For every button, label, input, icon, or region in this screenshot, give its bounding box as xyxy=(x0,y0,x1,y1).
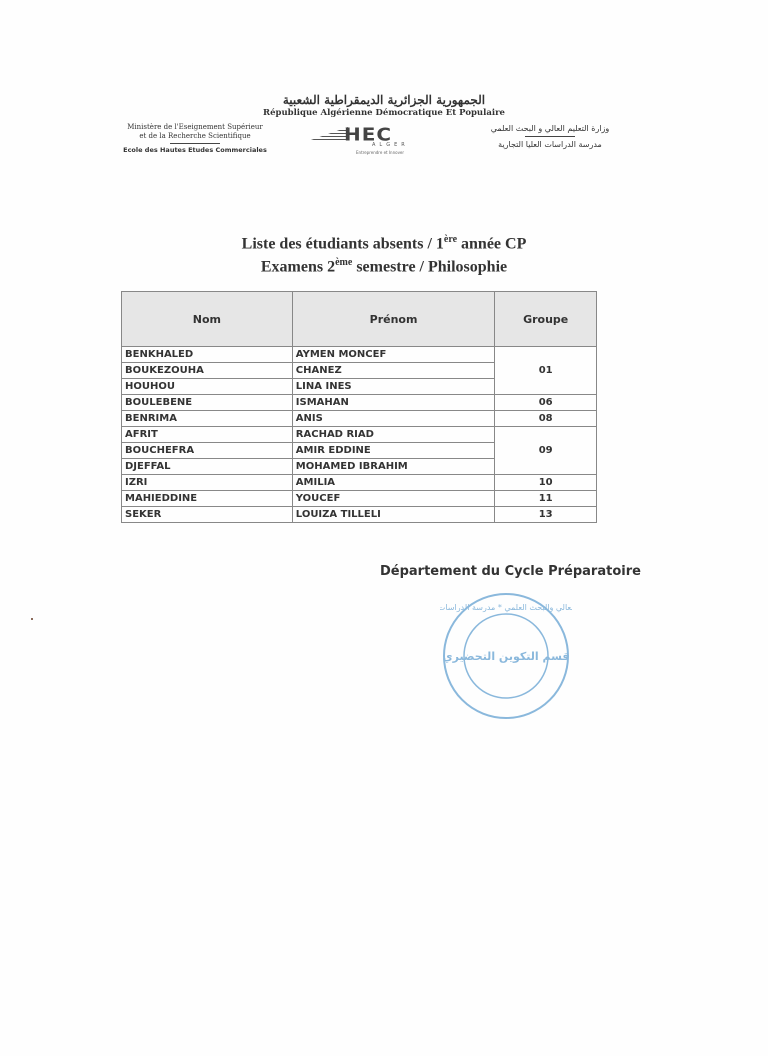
title-line-2-suffix: semestre / Philosophie xyxy=(352,259,507,276)
table-row: IZRIAMILIA10 xyxy=(122,475,597,491)
ministry-arabic: وزارة التعليم العالي و البحث العلمي xyxy=(450,123,650,134)
header-nom: Nom xyxy=(122,292,293,347)
cell-prenom: CHANEZ xyxy=(292,363,495,379)
cell-prenom: LOUIZA TILLELI xyxy=(292,507,495,523)
cell-nom: MAHIEDDINE xyxy=(122,491,293,507)
table-row: BENKHALEDAYMEN MONCEF01 xyxy=(122,347,597,363)
cell-groupe: 06 xyxy=(495,395,597,411)
table-row: MAHIEDDINEYOUCEF11 xyxy=(122,491,597,507)
svg-text:قسم التكوين التحضيري: قسم التكوين التحضيري xyxy=(443,650,570,663)
school-name-french: Ecole des Hautes Etudes Commerciales xyxy=(95,146,295,155)
ministry-line-1: Ministère de l'Eseignement Supérieur xyxy=(95,123,295,132)
divider xyxy=(525,136,575,137)
school-name-arabic: مدرسة الدراسات العليا التجارية xyxy=(450,139,650,150)
cell-prenom: LINA INES xyxy=(292,379,495,395)
cell-nom: AFRIT xyxy=(122,427,293,443)
absent-students-table: Nom Prénom Groupe BENKHALEDAYMEN MONCEF0… xyxy=(121,291,597,523)
cell-nom: BOULEBENE xyxy=(122,395,293,411)
header-groupe: Groupe xyxy=(495,292,597,347)
table-row: BOULEBENEISMAHAN06 xyxy=(122,395,597,411)
cell-nom: BOUKEZOUHA xyxy=(122,363,293,379)
table-row: BENRIMAANIS08 xyxy=(122,411,597,427)
cell-nom: BENKHALED xyxy=(122,347,293,363)
table-row: SEKERLOUIZA TILLELI13 xyxy=(122,507,597,523)
cell-prenom: ISMAHAN xyxy=(292,395,495,411)
arabic-republic-title: الجمهورية الجزائرية الديمقراطية الشعبية xyxy=(0,93,768,107)
logo-tagline: Entreprendre et Innover xyxy=(356,150,404,155)
title-line-2: Examens 2ème semestre / Philosophie xyxy=(0,253,768,276)
official-stamp-icon: وزارة التعليم العالي والبحث العلمي * مدر… xyxy=(440,590,572,722)
cell-nom: IZRI xyxy=(122,475,293,491)
cell-nom: BENRIMA xyxy=(122,411,293,427)
ministry-line-2: et de la Recherche Scientifique xyxy=(95,132,295,141)
title-line-1-suffix: année CP xyxy=(457,235,526,252)
cell-groupe: 09 xyxy=(495,427,597,475)
document-title: Liste des étudiants absents / 1ère année… xyxy=(0,230,768,277)
cell-nom: DJEFFAL xyxy=(122,459,293,475)
title-line-1-prefix: Liste des étudiants absents / 1 xyxy=(242,235,444,252)
cell-nom: SEKER xyxy=(122,507,293,523)
cell-prenom: RACHAD RIAD xyxy=(292,427,495,443)
french-republic-title: République Algérienne Démocratique Et Po… xyxy=(0,108,768,118)
divider xyxy=(170,143,220,144)
logo-stripes-icon xyxy=(308,127,348,141)
cell-prenom: ANIS xyxy=(292,411,495,427)
svg-text:وزارة التعليم العالي والبحث ال: وزارة التعليم العالي والبحث العلمي * مدر… xyxy=(440,603,572,612)
cell-nom: BOUCHEFRA xyxy=(122,443,293,459)
table-row: AFRITRACHAD RIAD09 xyxy=(122,427,597,443)
cell-prenom: AYMEN MONCEF xyxy=(292,347,495,363)
table-header-row: Nom Prénom Groupe xyxy=(122,292,597,347)
cell-groupe: 11 xyxy=(495,491,597,507)
title-line-2-prefix: Examens 2 xyxy=(261,259,335,276)
cell-groupe: 13 xyxy=(495,507,597,523)
logo-city: ALGER xyxy=(372,142,409,148)
cell-groupe: 10 xyxy=(495,475,597,491)
cell-prenom: MOHAMED IBRAHIM xyxy=(292,459,495,475)
table-body: BENKHALEDAYMEN MONCEF01BOUKEZOUHACHANEZH… xyxy=(122,347,597,523)
ministry-block-french: Ministère de l'Eseignement Supérieur et … xyxy=(95,123,295,155)
cell-prenom: AMILIA xyxy=(292,475,495,491)
title-line-1-sup: ère xyxy=(444,234,457,245)
department-signature: Département du Cycle Préparatoire xyxy=(380,564,641,579)
cell-prenom: YOUCEF xyxy=(292,491,495,507)
title-line-1: Liste des étudiants absents / 1ère année… xyxy=(0,230,768,253)
cell-groupe: 08 xyxy=(495,411,597,427)
header-prenom: Prénom xyxy=(292,292,495,347)
ministry-block-arabic: وزارة التعليم العالي و البحث العلمي مدرس… xyxy=(450,123,650,150)
hec-logo: HEC ALGER Entreprendre et Innover xyxy=(308,122,426,158)
cell-nom: HOUHOU xyxy=(122,379,293,395)
scan-speck xyxy=(31,618,33,620)
title-line-2-sup: ème xyxy=(335,257,352,268)
cell-groupe: 01 xyxy=(495,347,597,395)
cell-prenom: AMIR EDDINE xyxy=(292,443,495,459)
